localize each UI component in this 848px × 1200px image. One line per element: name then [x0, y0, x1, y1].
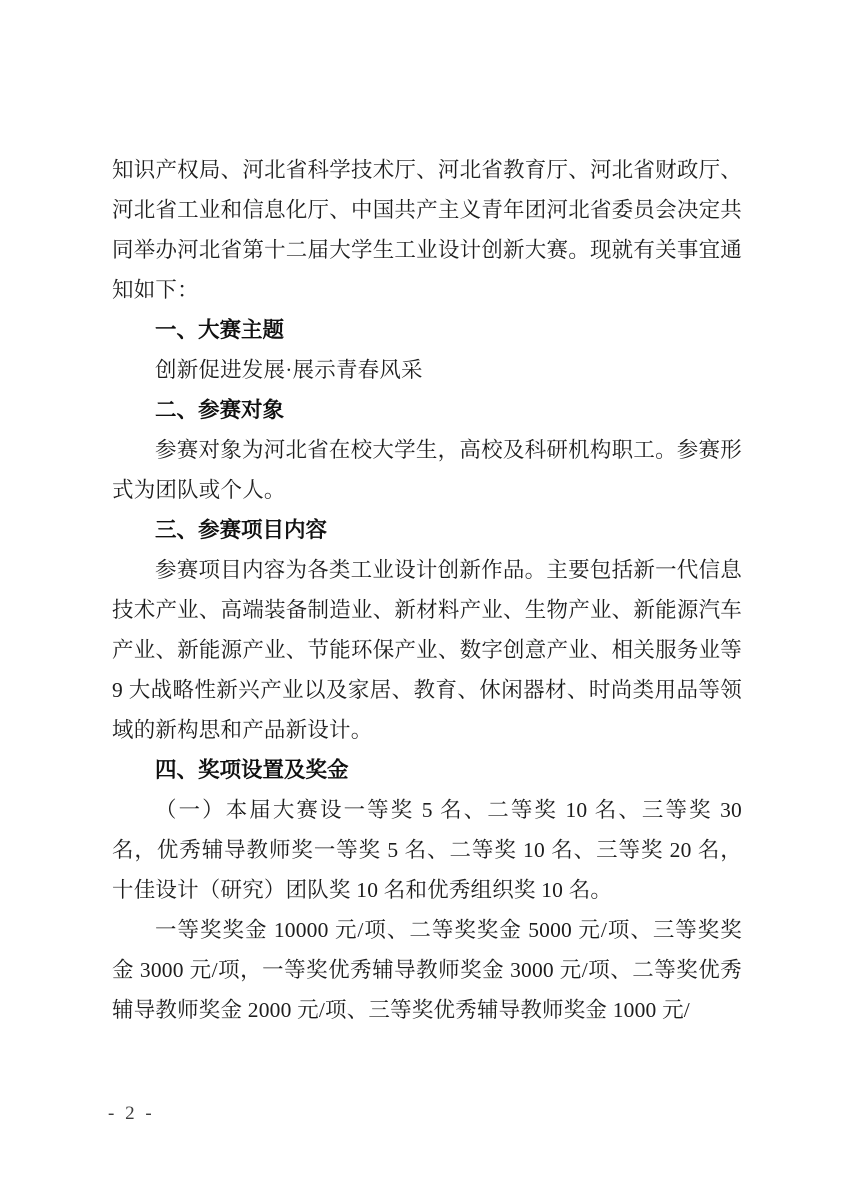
section-heading-1-theme: 一、大赛主题	[112, 310, 742, 350]
section-heading-4-awards: 四、奖项设置及奖金	[112, 750, 742, 790]
paragraph-project-content: 参赛项目内容为各类工业设计创新作品。主要包括新一代信息技术产业、高端装备制造业、…	[112, 550, 742, 750]
paragraph-theme: 创新促进发展·展示青春风采	[112, 350, 742, 390]
paragraph-participants: 参赛对象为河北省在校大学生，高校及科研机构职工。参赛形式为团队或个人。	[112, 430, 742, 510]
section-heading-2-participants: 二、参赛对象	[112, 390, 742, 430]
page-number: - 2 -	[108, 1102, 155, 1126]
document-page: 知识产权局、河北省科学技术厅、河北省教育厅、河北省财政厅、河北省工业和信息化厅、…	[0, 0, 848, 1200]
paragraph-award-quota: （一）本届大赛设一等奖 5 名、二等奖 10 名、三等奖 30 名，优秀辅导教师…	[112, 790, 742, 910]
section-heading-3-project-content: 三、参赛项目内容	[112, 510, 742, 550]
paragraph-award-money: 一等奖奖金 10000 元/项、二等奖奖金 5000 元/项、三等奖奖金 300…	[112, 910, 742, 1030]
document-body: 知识产权局、河北省科学技术厅、河北省教育厅、河北省财政厅、河北省工业和信息化厅、…	[112, 150, 742, 1030]
paragraph-intro-continuation: 知识产权局、河北省科学技术厅、河北省教育厅、河北省财政厅、河北省工业和信息化厅、…	[112, 150, 742, 310]
